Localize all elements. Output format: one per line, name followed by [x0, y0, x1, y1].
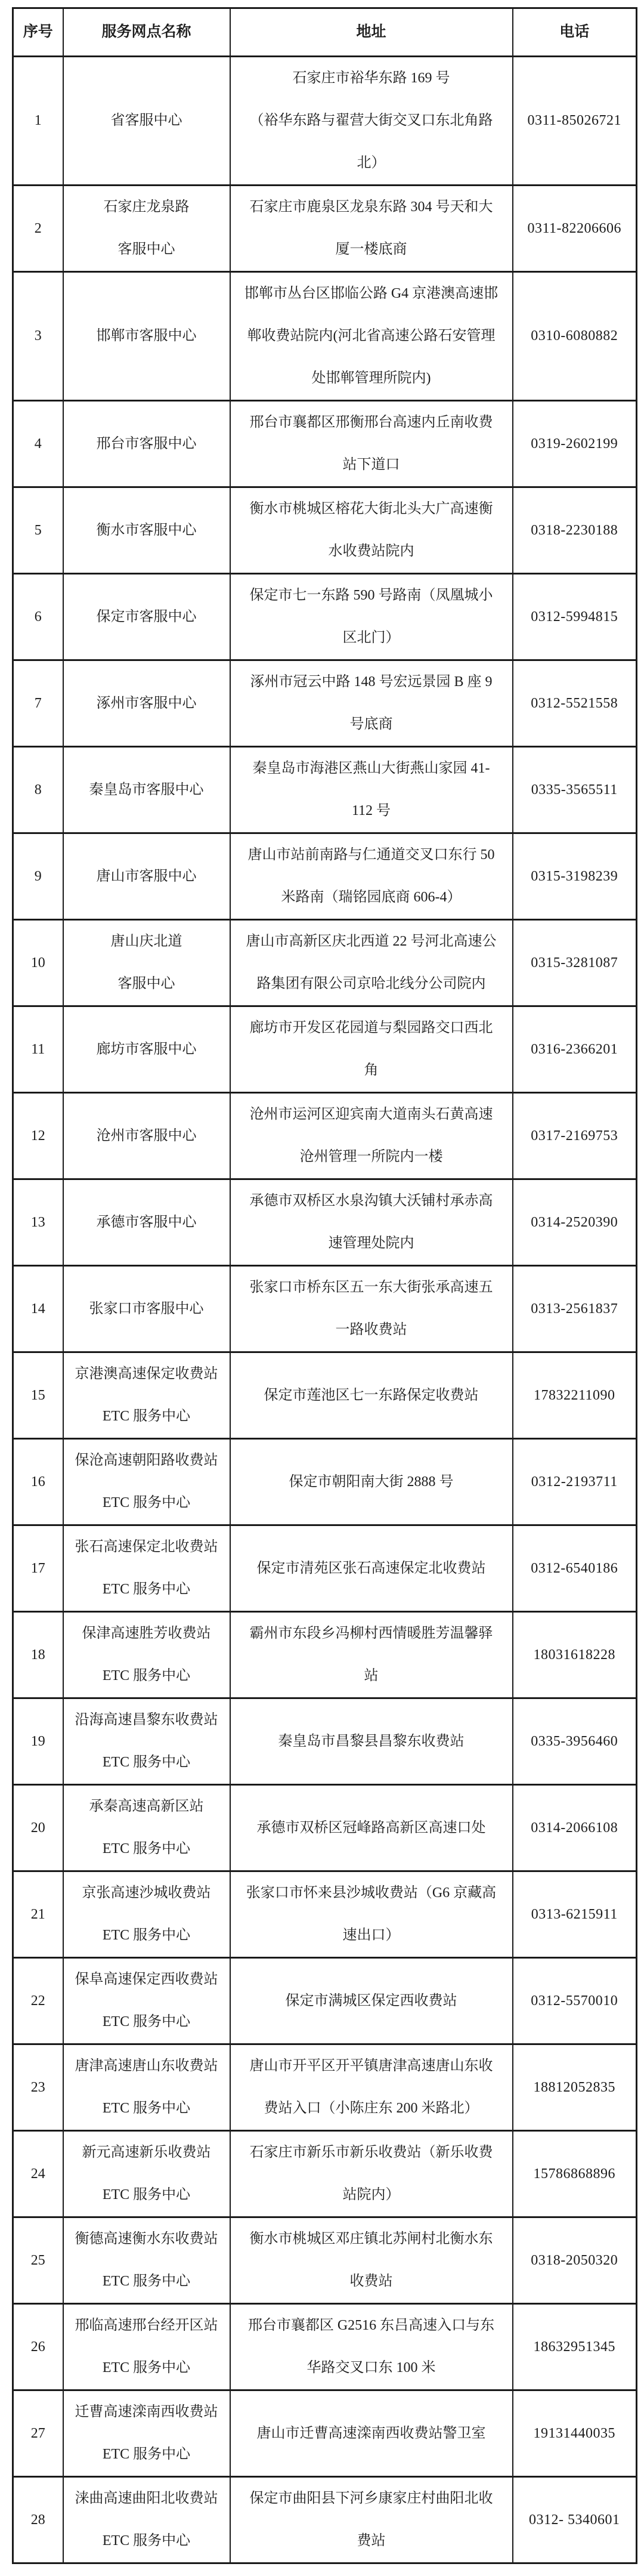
phone-cell: 0312- 5340601 [513, 2477, 637, 2563]
serial-number-cell: 20 [13, 1785, 63, 1871]
phone-cell: 0314-2520390 [513, 1179, 637, 1266]
table-row: 20承秦高速高新区站 ETC 服务中心承德市双桥区冠峰路高新区高速口处0314-… [13, 1785, 637, 1871]
phone-cell: 0319-2602199 [513, 401, 637, 487]
phone-cell: 0312-5994815 [513, 574, 637, 660]
serial-number-cell: 11 [13, 1006, 63, 1093]
serial-number-cell: 3 [13, 272, 63, 401]
address-cell: 保定市朝阳南大街 2888 号 [230, 1439, 513, 1525]
phone-cell: 17832211090 [513, 1352, 637, 1439]
address-cell: 承德市双桥区冠峰路高新区高速口处 [230, 1785, 513, 1871]
phone-cell: 0315-3198239 [513, 833, 637, 920]
service-outlets-table: 序号 服务网点名称 地址 电话 1省客服中心石家庄市裕华东路 169 号 （裕华… [12, 7, 637, 2564]
table-row: 7涿州市客服中心涿州市冠云中路 148 号宏远景园 B 座 9 号底商0312-… [13, 660, 637, 747]
serial-number-cell: 7 [13, 660, 63, 747]
serial-number-cell: 28 [13, 2477, 63, 2563]
serial-number-cell: 26 [13, 2304, 63, 2390]
phone-cell: 15786868896 [513, 2131, 637, 2217]
address-cell: 邢台市襄都区邢衡邢台高速内丘南收费 站下道口 [230, 401, 513, 487]
phone-cell: 0316-2366201 [513, 1006, 637, 1093]
outlet-name-cell: 石家庄龙泉路 客服中心 [63, 186, 230, 272]
phone-cell: 0310-6080882 [513, 272, 637, 401]
table-row: 3邯郸市客服中心邯郸市丛台区邯临公路 G4 京港澳高速邯 郸收费站院内(河北省高… [13, 272, 637, 401]
serial-number-cell: 24 [13, 2131, 63, 2217]
phone-cell: 0335-3956460 [513, 1698, 637, 1785]
table-row: 15京港澳高速保定收费站 ETC 服务中心保定市莲池区七一东路保定收费站1783… [13, 1352, 637, 1439]
header-phone: 电话 [513, 8, 637, 57]
outlet-name-cell: 唐山市客服中心 [63, 833, 230, 920]
address-cell: 唐山市开平区开平镇唐津高速唐山东收 费站入口（小陈庄东 200 米路北） [230, 2044, 513, 2131]
phone-cell: 0317-2169753 [513, 1093, 637, 1179]
address-cell: 承德市双桥区水泉沟镇大沃铺村承赤高 速管理处院内 [230, 1179, 513, 1266]
outlet-name-cell: 迁曹高速滦南西收费站 ETC 服务中心 [63, 2390, 230, 2477]
phone-cell: 0312-5570010 [513, 1958, 637, 2044]
table-row: 5衡水市客服中心衡水市桃城区榕花大街北头大广高速衡 水收费站院内0318-223… [13, 487, 637, 574]
outlet-name-cell: 邢临高速邢台经开区站 ETC 服务中心 [63, 2304, 230, 2390]
address-cell: 保定市曲阳县下河乡康家庄村曲阳北收 费站 [230, 2477, 513, 2563]
address-cell: 秦皇岛市昌黎县昌黎东收费站 [230, 1698, 513, 1785]
phone-cell: 0311-85026721 [513, 57, 637, 186]
phone-cell: 0313-2561837 [513, 1266, 637, 1352]
outlet-name-cell: 沿海高速昌黎东收费站 ETC 服务中心 [63, 1698, 230, 1785]
phone-cell: 0312-5521558 [513, 660, 637, 747]
address-cell: 保定市七一东路 590 号路南（凤凰城小 区北门） [230, 574, 513, 660]
serial-number-cell: 27 [13, 2390, 63, 2477]
serial-number-cell: 21 [13, 1871, 63, 1958]
outlet-name-cell: 衡德高速衡水东收费站 ETC 服务中心 [63, 2217, 230, 2304]
outlet-name-cell: 邯郸市客服中心 [63, 272, 230, 401]
table-row: 6保定市客服中心保定市七一东路 590 号路南（凤凰城小 区北门）0312-59… [13, 574, 637, 660]
table-row: 11廊坊市客服中心廊坊市开发区花园道与梨园路交口西北 角0316-2366201 [13, 1006, 637, 1093]
phone-cell: 0312-2193711 [513, 1439, 637, 1525]
outlet-name-cell: 承德市客服中心 [63, 1179, 230, 1266]
table-row: 10唐山庆北道 客服中心唐山市高新区庆北西道 22 号河北高速公 路集团有限公司… [13, 920, 637, 1006]
serial-number-cell: 12 [13, 1093, 63, 1179]
serial-number-cell: 10 [13, 920, 63, 1006]
address-cell: 保定市满城区保定西收费站 [230, 1958, 513, 2044]
address-cell: 邢台市襄都区 G2516 东吕高速入口与东 华路交叉口东 100 米 [230, 2304, 513, 2390]
outlet-name-cell: 涞曲高速曲阳北收费站 ETC 服务中心 [63, 2477, 230, 2563]
table-row: 16保沧高速朝阳路收费站 ETC 服务中心保定市朝阳南大街 2888 号0312… [13, 1439, 637, 1525]
address-cell: 衡水市桃城区榕花大街北头大广高速衡 水收费站院内 [230, 487, 513, 574]
outlet-name-cell: 唐山庆北道 客服中心 [63, 920, 230, 1006]
outlet-name-cell: 张家口市客服中心 [63, 1266, 230, 1352]
phone-cell: 0318-2230188 [513, 487, 637, 574]
table-row: 8秦皇岛市客服中心秦皇岛市海港区燕山大街燕山家园 41- 112 号0335-3… [13, 747, 637, 833]
outlet-name-cell: 沧州市客服中心 [63, 1093, 230, 1179]
outlet-name-cell: 唐津高速唐山东收费站 ETC 服务中心 [63, 2044, 230, 2131]
address-cell: 唐山市迁曹高速滦南西收费站警卫室 [230, 2390, 513, 2477]
outlet-name-cell: 省客服中心 [63, 57, 230, 186]
outlet-name-cell: 京港澳高速保定收费站 ETC 服务中心 [63, 1352, 230, 1439]
serial-number-cell: 9 [13, 833, 63, 920]
outlet-name-cell: 秦皇岛市客服中心 [63, 747, 230, 833]
phone-cell: 18812052835 [513, 2044, 637, 2131]
outlet-name-cell: 保阜高速保定西收费站 ETC 服务中心 [63, 1958, 230, 2044]
serial-number-cell: 22 [13, 1958, 63, 2044]
outlet-name-cell: 保津高速胜芳收费站 ETC 服务中心 [63, 1612, 230, 1698]
phone-cell: 0311-82206606 [513, 186, 637, 272]
phone-cell: 18031618228 [513, 1612, 637, 1698]
serial-number-cell: 19 [13, 1698, 63, 1785]
header-row: 序号 服务网点名称 地址 电话 [13, 8, 637, 57]
outlet-name-cell: 廊坊市客服中心 [63, 1006, 230, 1093]
phone-cell: 0314-2066108 [513, 1785, 637, 1871]
table-row: 25衡德高速衡水东收费站 ETC 服务中心衡水市桃城区邓庄镇北苏闸村北衡水东 收… [13, 2217, 637, 2304]
address-cell: 沧州市运河区迎宾南大道南头石黄高速 沧州管理一所院内一楼 [230, 1093, 513, 1179]
address-cell: 衡水市桃城区邓庄镇北苏闸村北衡水东 收费站 [230, 2217, 513, 2304]
serial-number-cell: 25 [13, 2217, 63, 2304]
table-row: 22保阜高速保定西收费站 ETC 服务中心保定市满城区保定西收费站0312-55… [13, 1958, 637, 2044]
outlet-name-cell: 涿州市客服中心 [63, 660, 230, 747]
serial-number-cell: 13 [13, 1179, 63, 1266]
table-row: 2石家庄龙泉路 客服中心石家庄市鹿泉区龙泉东路 304 号天和大 厦一楼底商03… [13, 186, 637, 272]
address-cell: 张家口市桥东区五一东大街张承高速五 一路收费站 [230, 1266, 513, 1352]
serial-number-cell: 2 [13, 186, 63, 272]
header-outlet-name: 服务网点名称 [63, 8, 230, 57]
serial-number-cell: 23 [13, 2044, 63, 2131]
table-row: 17张石高速保定北收费站 ETC 服务中心保定市清苑区张石高速保定北收费站031… [13, 1525, 637, 1612]
outlet-name-cell: 保定市客服中心 [63, 574, 230, 660]
header-address: 地址 [230, 8, 513, 57]
address-cell: 秦皇岛市海港区燕山大街燕山家园 41- 112 号 [230, 747, 513, 833]
phone-cell: 0315-3281087 [513, 920, 637, 1006]
address-cell: 石家庄市裕华东路 169 号 （裕华东路与翟营大街交叉口东北角路 北） [230, 57, 513, 186]
outlet-name-cell: 邢台市客服中心 [63, 401, 230, 487]
table-row: 23唐津高速唐山东收费站 ETC 服务中心唐山市开平区开平镇唐津高速唐山东收 费… [13, 2044, 637, 2131]
phone-cell: 18632951345 [513, 2304, 637, 2390]
table-row: 9唐山市客服中心唐山市站前南路与仁通道交叉口东行 50 米路南（瑞铭园底商 60… [13, 833, 637, 920]
address-cell: 保定市清苑区张石高速保定北收费站 [230, 1525, 513, 1612]
address-cell: 张家口市怀来县沙城收费站（G6 京藏高 速出口） [230, 1871, 513, 1958]
phone-cell: 0312-6540186 [513, 1525, 637, 1612]
address-cell: 石家庄市鹿泉区龙泉东路 304 号天和大 厦一楼底商 [230, 186, 513, 272]
serial-number-cell: 18 [13, 1612, 63, 1698]
header-serial-number: 序号 [13, 8, 63, 57]
phone-cell: 0318-2050320 [513, 2217, 637, 2304]
table-row: 4邢台市客服中心邢台市襄都区邢衡邢台高速内丘南收费 站下道口0319-26021… [13, 401, 637, 487]
outlet-name-cell: 衡水市客服中心 [63, 487, 230, 574]
phone-cell: 0313-6215911 [513, 1871, 637, 1958]
service-outlets-page: 序号 服务网点名称 地址 电话 1省客服中心石家庄市裕华东路 169 号 （裕华… [0, 0, 644, 2576]
serial-number-cell: 6 [13, 574, 63, 660]
serial-number-cell: 8 [13, 747, 63, 833]
serial-number-cell: 16 [13, 1439, 63, 1525]
address-cell: 保定市莲池区七一东路保定收费站 [230, 1352, 513, 1439]
address-cell: 邯郸市丛台区邯临公路 G4 京港澳高速邯 郸收费站院内(河北省高速公路石安管理 … [230, 272, 513, 401]
outlet-name-cell: 保沧高速朝阳路收费站 ETC 服务中心 [63, 1439, 230, 1525]
serial-number-cell: 1 [13, 57, 63, 186]
table-row: 24新元高速新乐收费站 ETC 服务中心石家庄市新乐市新乐收费站（新乐收费 站院… [13, 2131, 637, 2217]
phone-cell: 19131440035 [513, 2390, 637, 2477]
serial-number-cell: 5 [13, 487, 63, 574]
serial-number-cell: 17 [13, 1525, 63, 1612]
table-row: 19沿海高速昌黎东收费站 ETC 服务中心秦皇岛市昌黎县昌黎东收费站0335-3… [13, 1698, 637, 1785]
table-row: 1省客服中心石家庄市裕华东路 169 号 （裕华东路与翟营大街交叉口东北角路 北… [13, 57, 637, 186]
outlet-name-cell: 张石高速保定北收费站 ETC 服务中心 [63, 1525, 230, 1612]
serial-number-cell: 15 [13, 1352, 63, 1439]
serial-number-cell: 4 [13, 401, 63, 487]
address-cell: 石家庄市新乐市新乐收费站（新乐收费 站院内） [230, 2131, 513, 2217]
phone-cell: 0335-3565511 [513, 747, 637, 833]
table-row: 21京张高速沙城收费站 ETC 服务中心张家口市怀来县沙城收费站（G6 京藏高 … [13, 1871, 637, 1958]
table-row: 13承德市客服中心承德市双桥区水泉沟镇大沃铺村承赤高 速管理处院内0314-25… [13, 1179, 637, 1266]
table-row: 28涞曲高速曲阳北收费站 ETC 服务中心保定市曲阳县下河乡康家庄村曲阳北收 费… [13, 2477, 637, 2563]
outlet-name-cell: 新元高速新乐收费站 ETC 服务中心 [63, 2131, 230, 2217]
address-cell: 廊坊市开发区花园道与梨园路交口西北 角 [230, 1006, 513, 1093]
address-cell: 唐山市站前南路与仁通道交叉口东行 50 米路南（瑞铭园底商 606-4） [230, 833, 513, 920]
address-cell: 唐山市高新区庆北西道 22 号河北高速公 路集团有限公司京哈北线分公司院内 [230, 920, 513, 1006]
serial-number-cell: 14 [13, 1266, 63, 1352]
table-row: 27迁曹高速滦南西收费站 ETC 服务中心唐山市迁曹高速滦南西收费站警卫室191… [13, 2390, 637, 2477]
outlet-name-cell: 京张高速沙城收费站 ETC 服务中心 [63, 1871, 230, 1958]
table-row: 14张家口市客服中心张家口市桥东区五一东大街张承高速五 一路收费站0313-25… [13, 1266, 637, 1352]
table-row: 18保津高速胜芳收费站 ETC 服务中心霸州市东段乡冯柳村西情暖胜芳温馨驿 站1… [13, 1612, 637, 1698]
table-row: 26邢临高速邢台经开区站 ETC 服务中心邢台市襄都区 G2516 东吕高速入口… [13, 2304, 637, 2390]
outlet-name-cell: 承秦高速高新区站 ETC 服务中心 [63, 1785, 230, 1871]
address-cell: 霸州市东段乡冯柳村西情暖胜芳温馨驿 站 [230, 1612, 513, 1698]
table-row: 12沧州市客服中心沧州市运河区迎宾南大道南头石黄高速 沧州管理一所院内一楼031… [13, 1093, 637, 1179]
address-cell: 涿州市冠云中路 148 号宏远景园 B 座 9 号底商 [230, 660, 513, 747]
